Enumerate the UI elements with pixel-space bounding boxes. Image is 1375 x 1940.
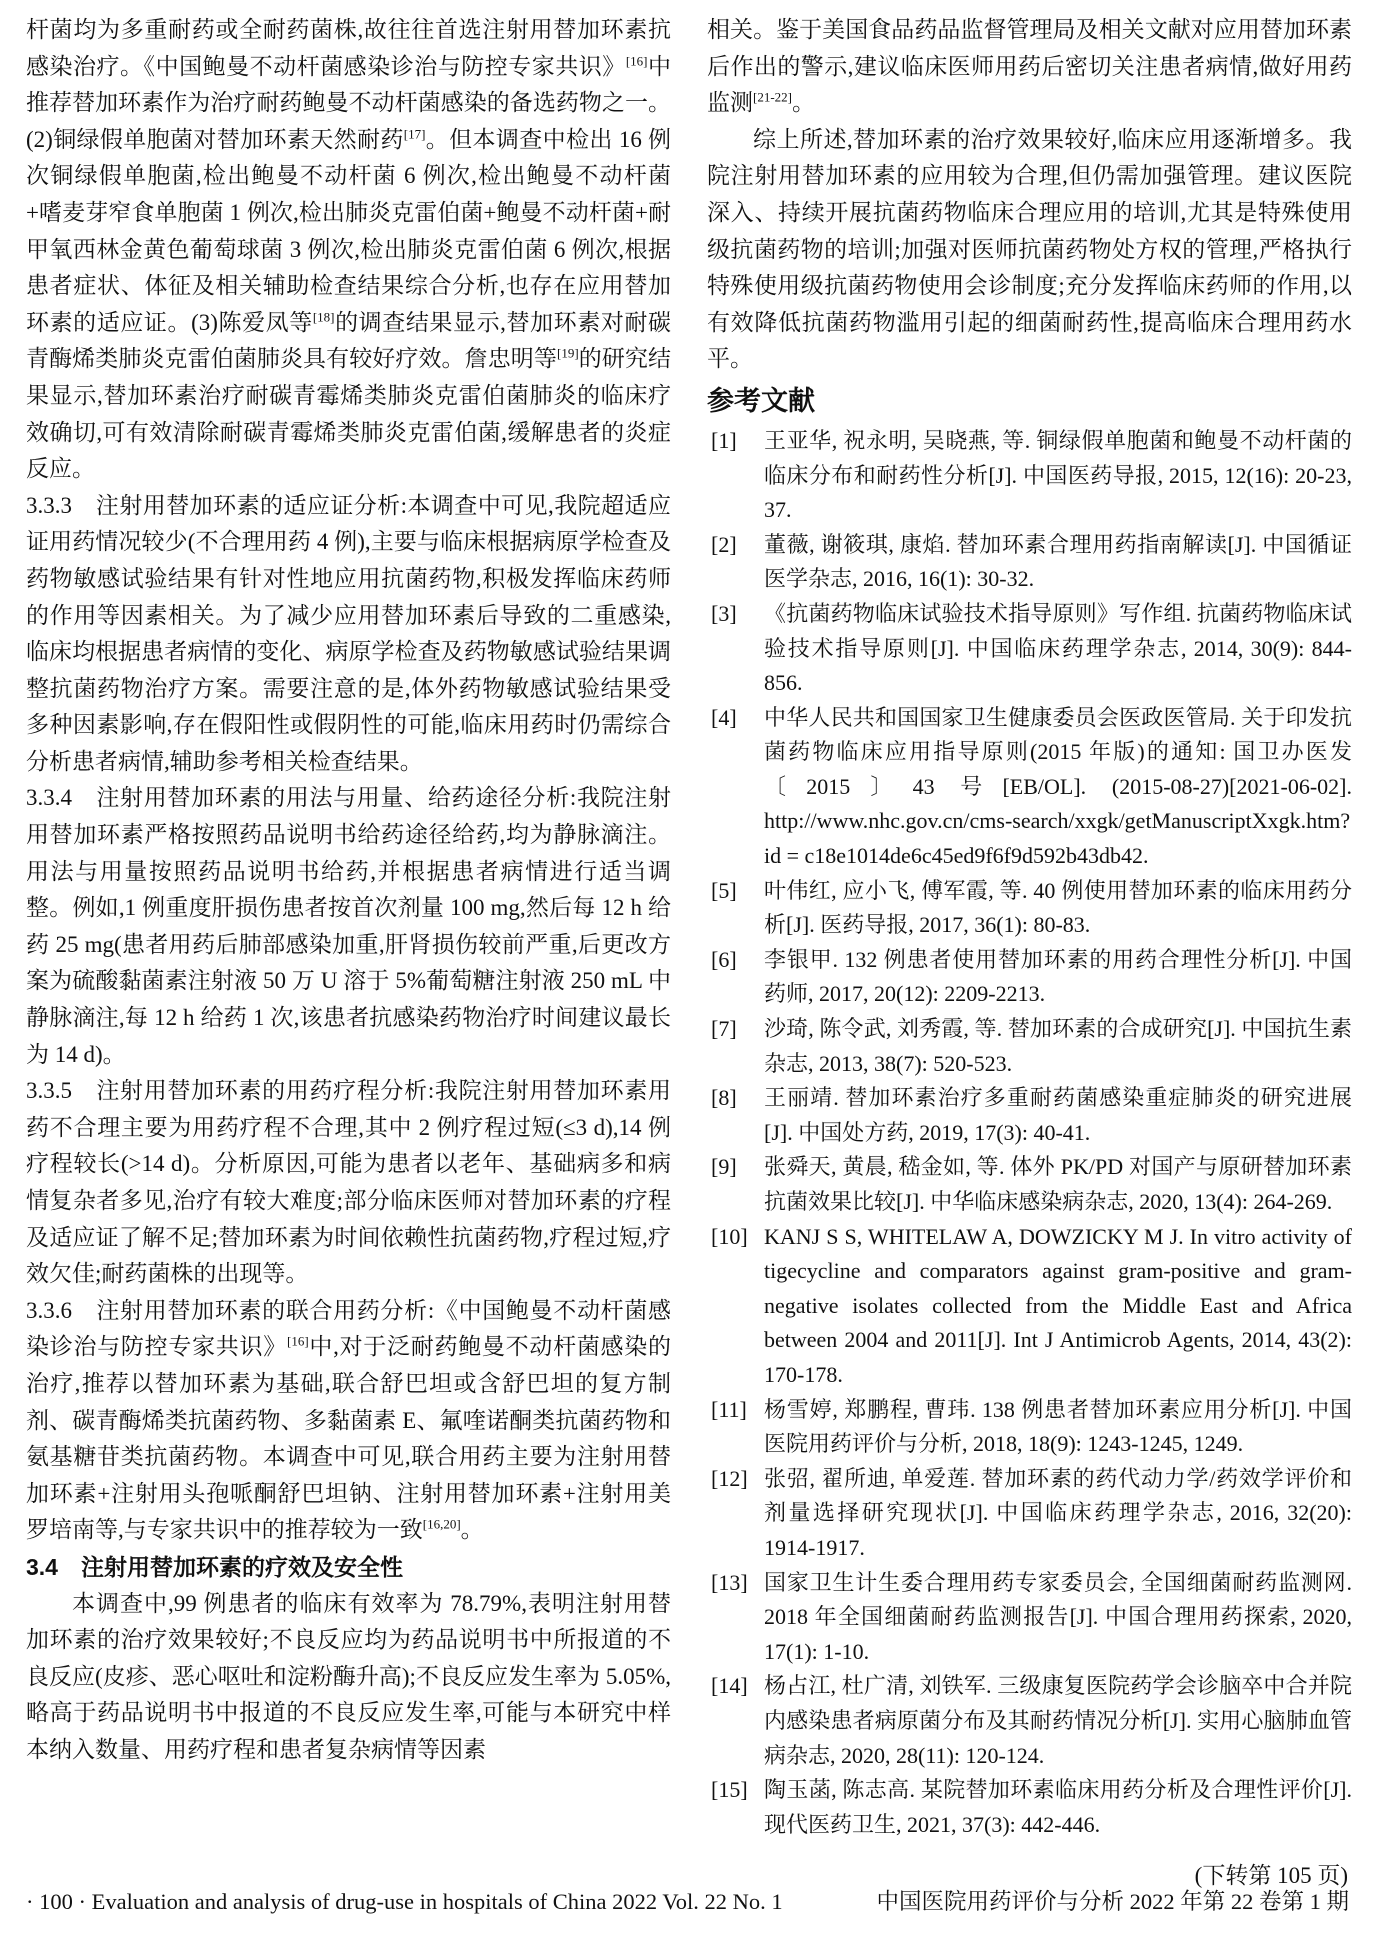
reference-number: [4] bbox=[711, 701, 737, 736]
reference-number: [15] bbox=[711, 1773, 748, 1808]
reference-item: [15]陶玉菡, 陈志高. 某院替加环素临床用药分析及合理性评价[J]. 现代医… bbox=[707, 1773, 1352, 1842]
paragraph: 3.3.6 注射用替加环素的联合用药分析:《中国鲍曼不动杆菌感染诊治与防控专家共… bbox=[26, 1293, 671, 1549]
journal-page: 杆菌均为多重耐药或全耐药菌株,故往往首选注射用替加环素抗感染治疗。《中国鲍曼不动… bbox=[0, 0, 1375, 1940]
left-column: 杆菌均为多重耐药或全耐药菌株,故往往首选注射用替加环素抗感染治疗。《中国鲍曼不动… bbox=[26, 12, 671, 1894]
reference-number: [13] bbox=[711, 1566, 748, 1601]
reference-text: 沙琦, 陈令武, 刘秀霞, 等. 替加环素的合成研究[J]. 中国抗生素杂志, … bbox=[764, 1016, 1352, 1076]
reference-text: KANJ S S, WHITELAW A, DOWZICKY M J. In v… bbox=[764, 1224, 1352, 1387]
reference-item: [8]王丽靖. 替加环素治疗多重耐药菌感染重症肺炎的研究进展[J]. 中国处方药… bbox=[707, 1081, 1352, 1150]
paragraph: 杆菌均为多重耐药或全耐药菌株,故往往首选注射用替加环素抗感染治疗。《中国鲍曼不动… bbox=[26, 12, 671, 488]
reference-item: [14]杨占江, 杜广清, 刘铁军. 三级康复医院药学会诊脑卒中合并院内感染患者… bbox=[707, 1669, 1352, 1773]
reference-text: 张舜天, 黄晨, 嵇金如, 等. 体外 PK/PD 对国产与原研替加环素抗菌效果… bbox=[764, 1154, 1352, 1214]
footer-page-number-and-journal-en: · 100 · Evaluation and analysis of drug-… bbox=[26, 1889, 783, 1915]
page-footer: · 100 · Evaluation and analysis of drug-… bbox=[26, 1884, 1349, 1916]
reference-item: [13]国家卫生计生委合理用药专家委员会, 全国细菌耐药监测网. 2018 年全… bbox=[707, 1566, 1352, 1670]
reference-text: 叶伟红, 应小飞, 傅军霞, 等. 40 例使用替加环素的临床用药分析[J]. … bbox=[764, 878, 1352, 938]
reference-text: 陶玉菡, 陈志高. 某院替加环素临床用药分析及合理性评价[J]. 现代医药卫生,… bbox=[764, 1777, 1352, 1837]
citation-superscript: [18] bbox=[313, 309, 335, 324]
reference-text: 王丽靖. 替加环素治疗多重耐药菌感染重症肺炎的研究进展[J]. 中国处方药, 2… bbox=[764, 1085, 1352, 1145]
reference-text: 杨雪婷, 郑鹏程, 曹玮. 138 例患者替加环素应用分析[J]. 中国医院用药… bbox=[764, 1397, 1352, 1457]
reference-number: [14] bbox=[711, 1669, 748, 1704]
reference-item: [4]中华人民共和国国家卫生健康委员会医政医管局. 关于印发抗菌药物临床应用指导… bbox=[707, 701, 1352, 874]
reference-text: 王亚华, 祝永明, 吴晓燕, 等. 铜绿假单胞菌和鲍曼不动杆菌的临床分布和耐药性… bbox=[764, 428, 1352, 522]
reference-item: [9]张舜天, 黄晨, 嵇金如, 等. 体外 PK/PD 对国产与原研替加环素抗… bbox=[707, 1150, 1352, 1219]
reference-number: [11] bbox=[711, 1393, 747, 1428]
reference-item: [5]叶伟红, 应小飞, 傅军霞, 等. 40 例使用替加环素的临床用药分析[J… bbox=[707, 874, 1352, 943]
reference-number: [2] bbox=[711, 528, 737, 563]
right-column: 相关。鉴于美国食品药品监督管理局及相关文献对应用替加环素后作出的警示,建议临床医… bbox=[707, 12, 1352, 1894]
citation-superscript: [19] bbox=[557, 346, 579, 361]
two-column-text-area: 杆菌均为多重耐药或全耐药菌株,故往往首选注射用替加环素抗感染治疗。《中国鲍曼不动… bbox=[26, 12, 1352, 1894]
reference-text: 《抗菌药物临床试验技术指导原则》写作组. 抗菌药物临床试验技术指导原则[J]. … bbox=[764, 601, 1352, 695]
reference-number: [8] bbox=[711, 1081, 737, 1116]
reference-text: 杨占江, 杜广清, 刘铁军. 三级康复医院药学会诊脑卒中合并院内感染患者病原菌分… bbox=[764, 1673, 1352, 1767]
reference-text: 中华人民共和国国家卫生健康委员会医政医管局. 关于印发抗菌药物临床应用指导原则(… bbox=[764, 705, 1352, 868]
paragraph: 本调查中,99 例患者的临床有效率为 78.79%,表明注射用替加环素的治疗效果… bbox=[26, 1586, 671, 1769]
references-heading: 参考文献 bbox=[707, 380, 1352, 422]
reference-number: [3] bbox=[711, 597, 737, 632]
section-heading: 3.4 注射用替加环素的疗效及安全性 bbox=[26, 1549, 671, 1586]
reference-item: [7]沙琦, 陈令武, 刘秀霞, 等. 替加环素的合成研究[J]. 中国抗生素杂… bbox=[707, 1012, 1352, 1081]
paragraph: 3.3.5 注射用替加环素的用药疗程分析:我院注射用替加环素用药不合理主要为用药… bbox=[26, 1073, 671, 1293]
reference-item: [12]张弨, 翟所迪, 单爱莲. 替加环素的药代动力学/药效学评价和剂量选择研… bbox=[707, 1462, 1352, 1566]
paragraph: 3.3.3 注射用替加环素的适应证分析:本调查中可见,我院超适应证用药情况较少(… bbox=[26, 488, 671, 781]
reference-text: 董薇, 谢筱琪, 康焰. 替加环素合理用药指南解读[J]. 中国循证医学杂志, … bbox=[764, 532, 1352, 592]
citation-superscript: [16] bbox=[626, 53, 648, 68]
reference-number: [5] bbox=[711, 874, 737, 909]
reference-item: [11]杨雪婷, 郑鹏程, 曹玮. 138 例患者替加环素应用分析[J]. 中国… bbox=[707, 1393, 1352, 1462]
citation-superscript: [17] bbox=[404, 126, 426, 141]
citation-superscript: [21-22] bbox=[753, 90, 792, 105]
reference-text: 张弨, 翟所迪, 单爱莲. 替加环素的药代动力学/药效学评价和剂量选择研究现状[… bbox=[764, 1466, 1352, 1560]
paragraph: 相关。鉴于美国食品药品监督管理局及相关文献对应用替加环素后作出的警示,建议临床医… bbox=[707, 12, 1352, 122]
reference-item: [1]王亚华, 祝永明, 吴晓燕, 等. 铜绿假单胞菌和鲍曼不动杆菌的临床分布和… bbox=[707, 424, 1352, 528]
reference-item: [6]李银甲. 132 例患者使用替加环素的用药合理性分析[J]. 中国药师, … bbox=[707, 943, 1352, 1012]
reference-number: [6] bbox=[711, 943, 737, 978]
citation-superscript: [16,20] bbox=[423, 1517, 461, 1532]
reference-text: 国家卫生计生委合理用药专家委员会, 全国细菌耐药监测网. 2018 年全国细菌耐… bbox=[764, 1570, 1352, 1664]
reference-number: [1] bbox=[711, 424, 737, 459]
paragraph: 综上所述,替加环素的治疗效果较好,临床应用逐渐增多。我院注射用替加环素的应用较为… bbox=[707, 122, 1352, 378]
reference-item: [10]KANJ S S, WHITELAW A, DOWZICKY M J. … bbox=[707, 1220, 1352, 1393]
footer-journal-cn: 中国医院用药评价与分析 2022 年第 22 卷第 1 期 bbox=[876, 1884, 1349, 1916]
reference-item: [2]董薇, 谢筱琪, 康焰. 替加环素合理用药指南解读[J]. 中国循证医学杂… bbox=[707, 528, 1352, 597]
reference-number: [12] bbox=[711, 1462, 748, 1497]
reference-item: [3]《抗菌药物临床试验技术指导原则》写作组. 抗菌药物临床试验技术指导原则[J… bbox=[707, 597, 1352, 701]
reference-text: 李银甲. 132 例患者使用替加环素的用药合理性分析[J]. 中国药师, 201… bbox=[764, 947, 1352, 1007]
citation-superscript: [16] bbox=[287, 1334, 309, 1349]
reference-number: [10] bbox=[711, 1220, 748, 1255]
paragraph: 3.3.4 注射用替加环素的用法与用量、给药途径分析:我院注射用替加环素严格按照… bbox=[26, 780, 671, 1073]
reference-number: [7] bbox=[711, 1012, 737, 1047]
reference-number: [9] bbox=[711, 1150, 737, 1185]
